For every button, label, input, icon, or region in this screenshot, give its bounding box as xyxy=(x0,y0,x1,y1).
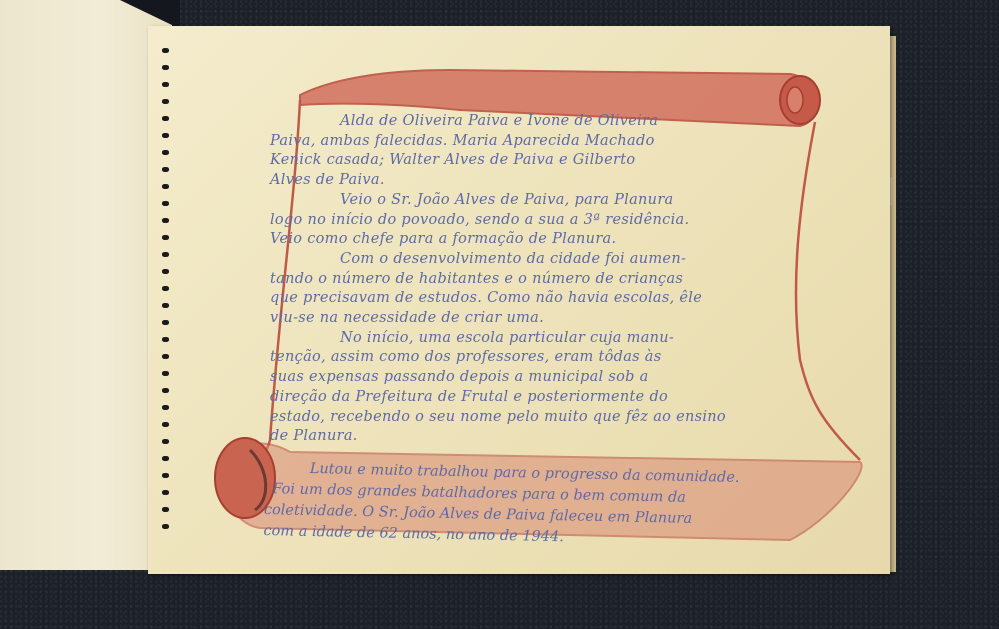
text-line: estado, recebendo o seu nome pelo muito … xyxy=(270,408,810,428)
text-line: suas expensas passando depois a municipa… xyxy=(270,368,810,388)
handwritten-text-bottom: Lutou e muito trabalhou para o progresso… xyxy=(263,458,875,555)
left-notebook-page xyxy=(0,0,172,570)
text-line: tenção, assim como dos professores, eram… xyxy=(270,348,810,368)
text-line: Kenick casada; Walter Alves de Paiva e G… xyxy=(270,151,810,171)
spiral-binding xyxy=(158,28,174,548)
text-line: logo no início do povoado, sendo a sua a… xyxy=(270,211,810,231)
text-line: Alda de Oliveira Paiva e Ivone de Olivei… xyxy=(270,112,810,132)
text-line: tando o número de habitantes e o número … xyxy=(270,270,810,290)
handwritten-text: Alda de Oliveira Paiva e Ivone de Olivei… xyxy=(270,112,810,447)
text-line: que precisavam de estudos. Como não havi… xyxy=(270,289,810,309)
text-line: Veio o Sr. João Alves de Paiva, para Pla… xyxy=(270,191,810,211)
text-line: direção da Prefeitura de Frutal e poster… xyxy=(270,388,810,408)
text-line: de Planura. xyxy=(270,427,810,447)
text-line: Alves de Paiva. xyxy=(270,171,810,191)
text-line: Paiva, ambas falecidas. Maria Aparecida … xyxy=(270,132,810,152)
text-line: No início, uma escola particular cuja ma… xyxy=(270,329,810,349)
text-line: viu-se na necessidade de criar uma. xyxy=(270,309,810,329)
text-line: Com o desenvolvimento da cidade foi aume… xyxy=(270,250,810,270)
text-line: Veio como chefe para a formação de Planu… xyxy=(270,230,810,250)
